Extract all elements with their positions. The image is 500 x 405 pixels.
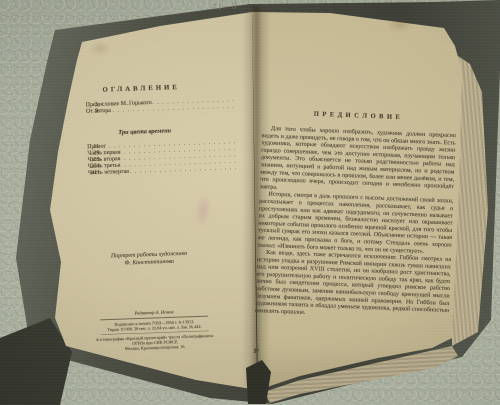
toc-chapter-list: Пролог 11 Часть первая 39 Часть вторая 1…: [87, 139, 204, 176]
toc-front-matter: Предисловие М. Горького 3 От автора 9: [86, 97, 202, 114]
photo-of-open-book: 71—9 ОГЛАВЛЕНИЕ Предисловие М. Горького …: [0, 0, 500, 405]
toc-entry-page: 411: [88, 168, 100, 175]
preface-heading: ПРЕДИСЛОВИЕ: [257, 108, 459, 123]
colophon: Редактор А. Ионов Подписано к печати 7/X…: [86, 308, 223, 352]
preface-body: Для того чтобы хорошо изобразить, художн…: [254, 124, 456, 353]
toc-entry-page: 9: [86, 107, 98, 114]
page-number: 3: [253, 347, 256, 354]
preface-paragraph: Как везде, здесь тоже встречаются исключ…: [255, 248, 451, 321]
preface-page: ПРЕДИСЛОВИЕ Для того чтобы хорошо изобра…: [248, 102, 460, 380]
preface-paragraph: Историк, смотря в даль прошлого с высоты…: [257, 190, 453, 256]
toc-heading: ОГЛАВЛЕНИЕ: [83, 83, 199, 94]
portrait-credit: Портрет работы художника Ф. Константинов…: [91, 249, 207, 268]
toc-section-title: Три цвета времени: [87, 126, 203, 137]
preface-paragraph: Для того чтобы хорошо изобразить, художн…: [260, 124, 456, 197]
